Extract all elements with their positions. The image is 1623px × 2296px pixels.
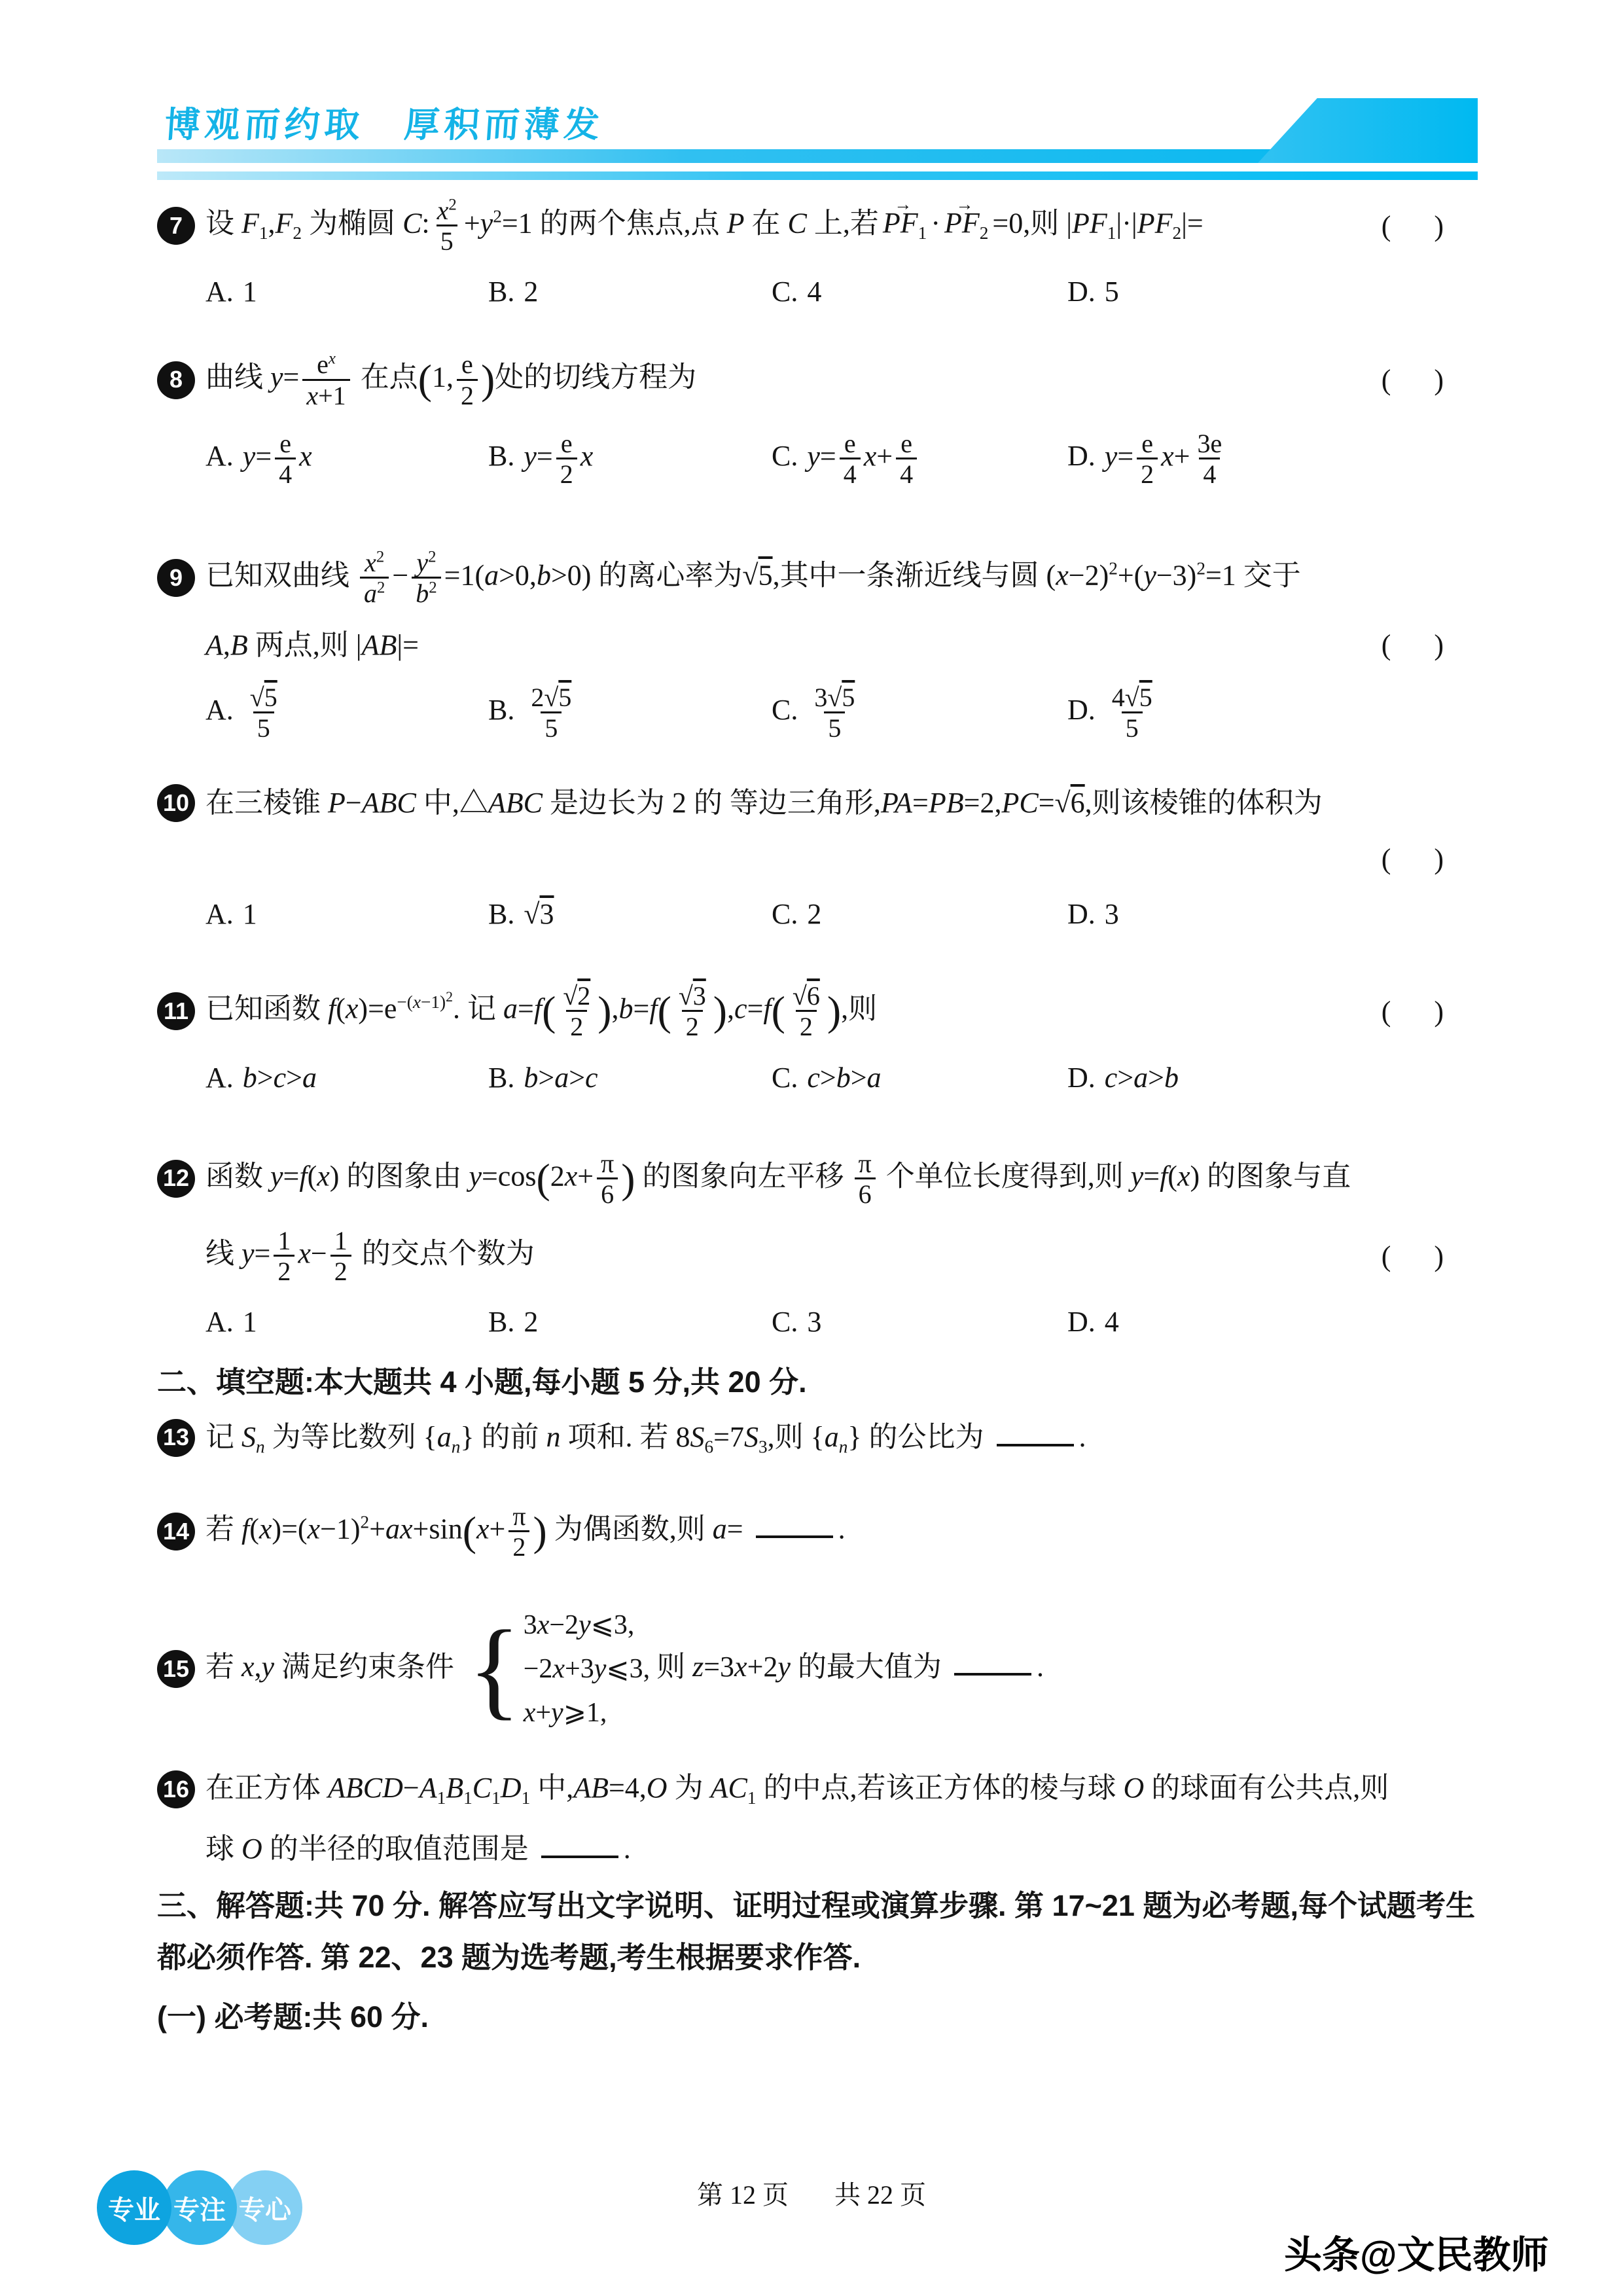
options-row: A.b>c>aB.b>a>cC.c>b>aD.c>a>b [157, 1061, 1487, 1094]
option-item: C.2 [772, 897, 1067, 931]
question-stem: 曲线 y=exx+1 在点(1,e2)处的切线方程为 [205, 350, 1362, 409]
option-item: C.4 [772, 275, 1067, 308]
question-stem: 若 f(x)=(x−1)2+ax+sin(x+π2) 为偶函数,则 a= . [205, 1502, 1487, 1561]
question-number-badge: 14 [157, 1513, 195, 1551]
option-item: B.y=e2x [488, 429, 772, 488]
question-block: 13记 Sn 为等比数列 {an} 的前 n 项和. 若 8S6=7S3,则 {… [157, 1416, 1487, 1459]
question-block: 15若 x,y 满足约束条件 {3x−2y⩽3,−2x+3y⩽3,x+y⩾1,则… [157, 1604, 1487, 1736]
question-number-badge: 10 [157, 784, 195, 822]
question-stem: 若 x,y 满足约束条件 {3x−2y⩽3,−2x+3y⩽3,x+y⩾1,则 z… [205, 1604, 1487, 1736]
option-item: A.y=e4x [205, 429, 488, 488]
answer-paren: () [1362, 361, 1487, 399]
question-block: 11已知函数 f(x)=e−(x−1)2. 记 a=f(22),b=f(32),… [157, 982, 1487, 1094]
question-line: 15若 x,y 满足约束条件 {3x−2y⩽3,−2x+3y⩽3,x+y⩾1,则… [157, 1604, 1487, 1736]
question-block: 14若 f(x)=(x−1)2+ax+sin(x+π2) 为偶函数,则 a= . [157, 1502, 1487, 1561]
question-line: A,B 两点,则 |AB|=() [157, 626, 1487, 664]
section-heading-text: 二、填空题:本大题共 4 小题,每小题 5 分,共 20 分. [157, 1357, 1487, 1408]
question-stem: 球 O 的半径的取值范围是 . [205, 1828, 1487, 1867]
answer-paren: () [1362, 1238, 1487, 1275]
option-item: A.1 [205, 1305, 488, 1338]
option-item: D.5 [1067, 275, 1487, 308]
question-line: 9已知双曲线 x2a2−y2b2=1(a>0,b>0) 的离心率为5,其中一条渐… [157, 548, 1487, 607]
question-stem: 已知函数 f(x)=e−(x−1)2. 记 a=f(22),b=f(32),c=… [205, 982, 1362, 1041]
question-number-badge: 12 [157, 1160, 195, 1198]
option-item: A.55 [205, 683, 488, 742]
section-heading-text: (一) 必考题:共 60 分. [157, 1992, 1487, 2043]
option-item: B.255 [488, 683, 772, 742]
question-number-badge: 16 [157, 1770, 195, 1808]
question-number-badge: 9 [157, 559, 195, 597]
option-item: D.y=e2x+3e4 [1067, 429, 1487, 488]
question-stem: A,B 两点,则 |AB|= [205, 626, 1362, 664]
header-rule-bottom [157, 171, 1478, 180]
option-item: B.2 [488, 1305, 772, 1338]
answer-paren: () [1362, 840, 1487, 878]
question-number-badge: 11 [157, 992, 195, 1030]
section-heading-block: (一) 必考题:共 60 分. [157, 1992, 1487, 2043]
option-item: C.3 [772, 1305, 1067, 1338]
question-line: 12函数 y=f(x) 的图象由 y=cos(2x+π6) 的图象向左平移 π6… [157, 1149, 1487, 1208]
question-stem: 设 F1,F2 为椭圆 C:x25+y2=1 的两个焦点,点 P 在 C 上,若… [205, 196, 1362, 255]
footer-badges: 专业 专注 专心 [97, 2170, 302, 2245]
badge-zhuanye: 专业 [97, 2170, 171, 2245]
question-number-badge: 15 [157, 1650, 195, 1688]
answer-paren: () [1362, 207, 1487, 245]
question-stem: 在正方体 ABCD−A1B1C1D1 中,AB=4,O 为 AC1 的中点,若该… [205, 1769, 1487, 1810]
question-line: 10在三棱锥 P−ABC 中,△ABC 是边长为 2 的 等边三角形,PA=PB… [157, 784, 1487, 822]
option-item: B.3 [488, 897, 772, 931]
badge-zhuanxin: 专心 [228, 2170, 302, 2245]
question-block: 8曲线 y=exx+1 在点(1,e2)处的切线方程为()A.y=e4xB.y=… [157, 350, 1487, 488]
options-row: A.55B.255C.355D.455 [157, 683, 1487, 742]
question-block: 7设 F1,F2 为椭圆 C:x25+y2=1 的两个焦点,点 P 在 C 上,… [157, 196, 1487, 308]
question-stem: 已知双曲线 x2a2−y2b2=1(a>0,b>0) 的离心率为5,其中一条渐近… [205, 548, 1487, 607]
section-heading-block: 三、解答题:共 70 分. 解答应写出文字说明、证明过程或演算步骤. 第 17~… [157, 1880, 1487, 1984]
option-item: C.y=e4x+e4 [772, 429, 1067, 488]
question-block: 16在正方体 ABCD−A1B1C1D1 中,AB=4,O 为 AC1 的中点,… [157, 1769, 1487, 1867]
question-block: 9已知双曲线 x2a2−y2b2=1(a>0,b>0) 的离心率为5,其中一条渐… [157, 548, 1487, 742]
exam-paper-page: 博观而约取 厚积而薄发 7设 F1,F2 为椭圆 C:x25+y2=1 的两个焦… [0, 0, 1623, 2296]
question-block: 10在三棱锥 P−ABC 中,△ABC 是边长为 2 的 等边三角形,PA=PB… [157, 784, 1487, 931]
badge-zhuanzhu: 专注 [162, 2170, 237, 2245]
question-number-badge: 8 [157, 361, 195, 399]
option-item: A.1 [205, 897, 488, 931]
options-row: A.1B.2C.3D.4 [157, 1305, 1487, 1338]
question-line: () [157, 840, 1487, 878]
option-item: D.c>a>b [1067, 1061, 1487, 1094]
option-item: B.2 [488, 275, 772, 308]
header-ribbon-shape [1258, 98, 1478, 163]
option-item: A.1 [205, 275, 488, 308]
page-current-label: 第 12 页 [697, 2180, 789, 2210]
question-stem: 在三棱锥 P−ABC 中,△ABC 是边长为 2 的 等边三角形,PA=PB=2… [205, 784, 1487, 821]
option-item: D.3 [1067, 897, 1487, 931]
question-block: 12函数 y=f(x) 的图象由 y=cos(2x+π6) 的图象向左平移 π6… [157, 1149, 1487, 1339]
page-total-label: 共 22 页 [834, 2180, 926, 2210]
watermark-text: 头条@文民教师 [1284, 2224, 1549, 2279]
option-item: C.c>b>a [772, 1061, 1067, 1094]
option-item: A.b>c>a [205, 1061, 488, 1094]
question-line: 7设 F1,F2 为椭圆 C:x25+y2=1 的两个焦点,点 P 在 C 上,… [157, 196, 1487, 255]
question-line: 13记 Sn 为等比数列 {an} 的前 n 项和. 若 8S6=7S3,则 {… [157, 1416, 1487, 1459]
question-line: 线 y=12x−12 的交点个数为() [157, 1227, 1487, 1285]
section-heading-block: 二、填空题:本大题共 4 小题,每小题 5 分,共 20 分. [157, 1357, 1487, 1408]
question-line: 11已知函数 f(x)=e−(x−1)2. 记 a=f(22),b=f(32),… [157, 982, 1487, 1041]
options-row: A.y=e4xB.y=e2xC.y=e4x+e4D.y=e2x+3e4 [157, 429, 1487, 488]
option-item: C.355 [772, 683, 1067, 742]
question-line: 8曲线 y=exx+1 在点(1,e2)处的切线方程为() [157, 350, 1487, 409]
question-stem: 线 y=12x−12 的交点个数为 [205, 1227, 1362, 1285]
content-area: 7设 F1,F2 为椭圆 C:x25+y2=1 的两个焦点,点 P 在 C 上,… [157, 196, 1487, 2043]
section-heading-text: 三、解答题:共 70 分. 解答应写出文字说明、证明过程或演算步骤. 第 17~… [157, 1880, 1487, 1984]
options-row: A.1B.2C.4D.5 [157, 275, 1487, 308]
header-slogan: 博观而约取 厚积而薄发 [163, 97, 605, 147]
question-line: 16在正方体 ABCD−A1B1C1D1 中,AB=4,O 为 AC1 的中点,… [157, 1769, 1487, 1810]
answer-paren: () [1362, 993, 1487, 1030]
option-item: B.b>a>c [488, 1061, 772, 1094]
question-stem: 函数 y=f(x) 的图象由 y=cos(2x+π6) 的图象向左平移 π6 个… [205, 1149, 1487, 1208]
question-number-badge: 7 [157, 207, 195, 245]
question-line: 球 O 的半径的取值范围是 . [157, 1828, 1487, 1867]
answer-paren: () [1362, 626, 1487, 664]
option-item: D.455 [1067, 683, 1487, 742]
option-item: D.4 [1067, 1305, 1487, 1338]
options-row: A.1B.3C.2D.3 [157, 897, 1487, 931]
question-line: 14若 f(x)=(x−1)2+ax+sin(x+π2) 为偶函数,则 a= . [157, 1502, 1487, 1561]
question-stem: 记 Sn 为等比数列 {an} 的前 n 项和. 若 8S6=7S3,则 {an… [205, 1416, 1487, 1459]
question-number-badge: 13 [157, 1419, 195, 1457]
